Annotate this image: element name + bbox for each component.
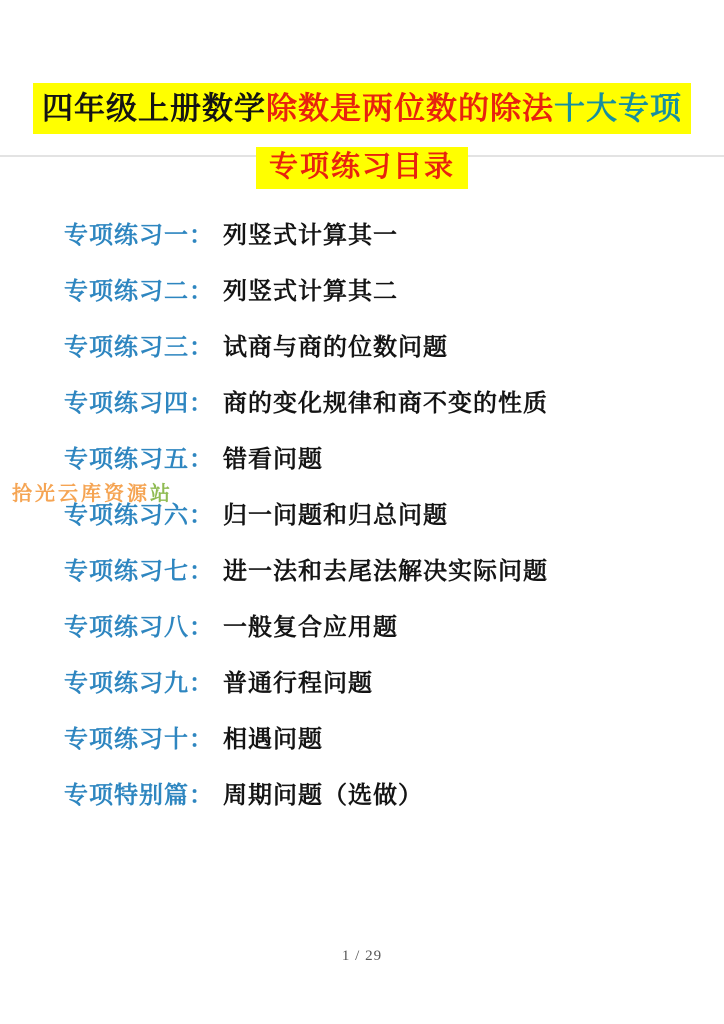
page-title: 四年级上册数学除数是两位数的除法十大专项 xyxy=(33,83,691,134)
toc-item-title: 一般复合应用题 xyxy=(223,613,398,643)
watermark: 拾光云库资源站 xyxy=(12,477,173,506)
watermark-green-text: 站 xyxy=(150,483,173,505)
document-page: 四年级上册数学除数是两位数的除法十大专项 专项练习目录 专项练习一：列竖式计算其… xyxy=(0,0,724,1024)
toc-item: 专项练习八：一般复合应用题 xyxy=(64,613,724,669)
toc-item: 专项练习十：相遇问题 xyxy=(64,725,724,781)
title-segment-teal: 十大专项 xyxy=(554,91,682,126)
toc-item-label: 专项练习九： xyxy=(64,669,214,699)
toc-item: 专项练习二：列竖式计算其二 xyxy=(64,277,724,333)
toc-item-label: 专项练习一： xyxy=(64,221,214,251)
toc-item-label: 专项练习八： xyxy=(64,613,214,643)
toc-item-label: 专项练习七： xyxy=(64,557,214,587)
page-subtitle: 专项练习目录 xyxy=(256,147,468,188)
toc-item-title: 错看问题 xyxy=(223,445,323,475)
title-block: 四年级上册数学除数是两位数的除法十大专项 专项练习目录 xyxy=(0,0,724,189)
toc-item-title: 试商与商的位数问题 xyxy=(223,333,448,363)
toc-item-title: 商的变化规律和商不变的性质 xyxy=(223,389,548,419)
toc-item: 专项练习六：归一问题和归总问题 xyxy=(64,501,724,557)
toc-item-label: 专项特别篇： xyxy=(64,781,214,811)
toc-item: 专项练习七：进一法和去尾法解决实际问题 xyxy=(64,557,724,613)
toc-item-label: 专项练习三： xyxy=(64,333,214,363)
toc-item-label: 专项练习五： xyxy=(64,445,214,475)
toc-item: 专项练习一：列竖式计算其一 xyxy=(64,221,724,277)
watermark-orange-text: 拾光云库资源 xyxy=(12,483,150,505)
toc-item-title: 相遇问题 xyxy=(223,725,323,755)
toc-item: 专项特别篇：周期问题（选做） xyxy=(64,781,724,837)
toc-item-label: 专项练习二： xyxy=(64,277,214,307)
title-segment-red: 除数是两位数的除法 xyxy=(266,91,554,126)
toc-item-title: 列竖式计算其一 xyxy=(223,221,398,251)
toc-item-title: 列竖式计算其二 xyxy=(223,277,398,307)
page-number: 1 / 29 xyxy=(0,948,724,965)
toc-item: 专项练习九：普通行程问题 xyxy=(64,669,724,725)
toc-item-title: 普通行程问题 xyxy=(223,669,373,699)
toc-list: 专项练习一：列竖式计算其一专项练习二：列竖式计算其二专项练习三：试商与商的位数问… xyxy=(64,221,724,837)
toc-item-label: 专项练习十： xyxy=(64,725,214,755)
title-segment-black: 四年级上册数学 xyxy=(42,91,266,126)
toc-item-label: 专项练习四： xyxy=(64,389,214,419)
toc-item-title: 周期问题（选做） xyxy=(223,781,423,811)
toc-item: 专项练习四：商的变化规律和商不变的性质 xyxy=(64,389,724,445)
toc-item-title: 归一问题和归总问题 xyxy=(223,501,448,531)
toc-item: 专项练习三：试商与商的位数问题 xyxy=(64,333,724,389)
toc-item-title: 进一法和去尾法解决实际问题 xyxy=(223,557,548,587)
